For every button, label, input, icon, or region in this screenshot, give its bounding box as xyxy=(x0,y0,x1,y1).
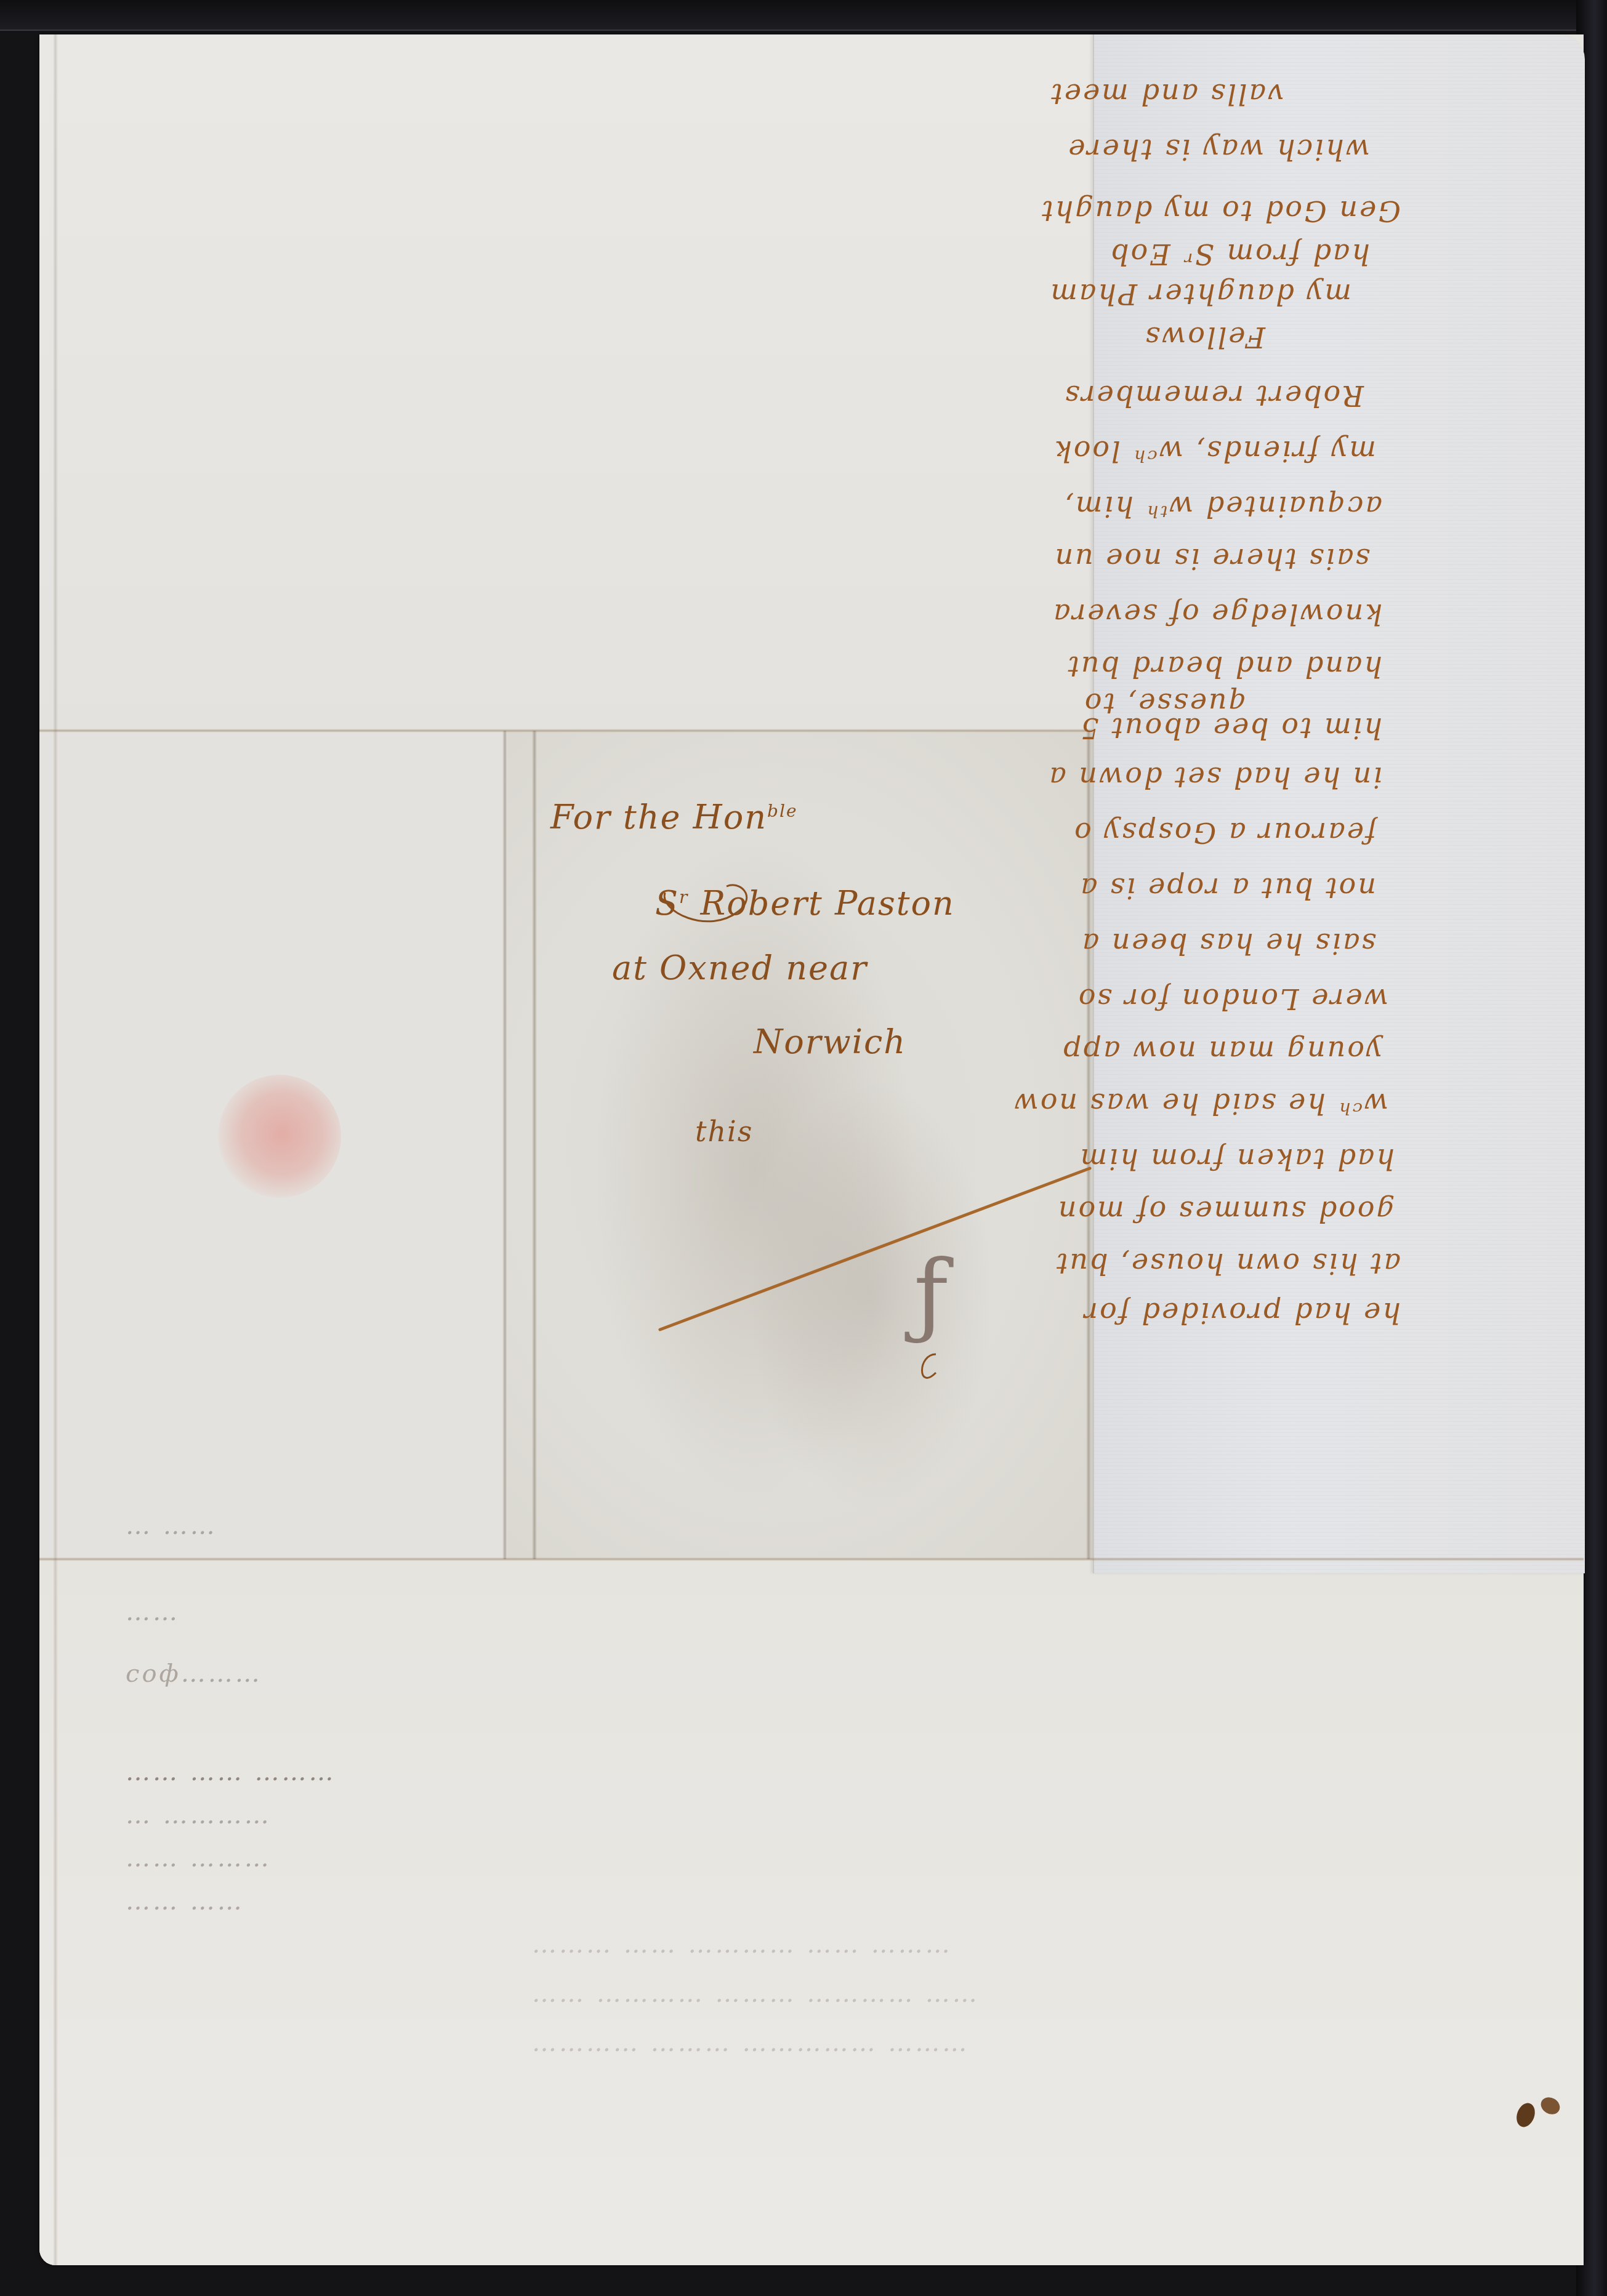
diagonal-pen-stroke xyxy=(660,1168,1090,1330)
capital-f-loop xyxy=(621,831,677,865)
pen-strokes xyxy=(0,0,1607,2296)
robert-flourish xyxy=(664,885,747,921)
flourish-stroke xyxy=(922,1354,936,1378)
